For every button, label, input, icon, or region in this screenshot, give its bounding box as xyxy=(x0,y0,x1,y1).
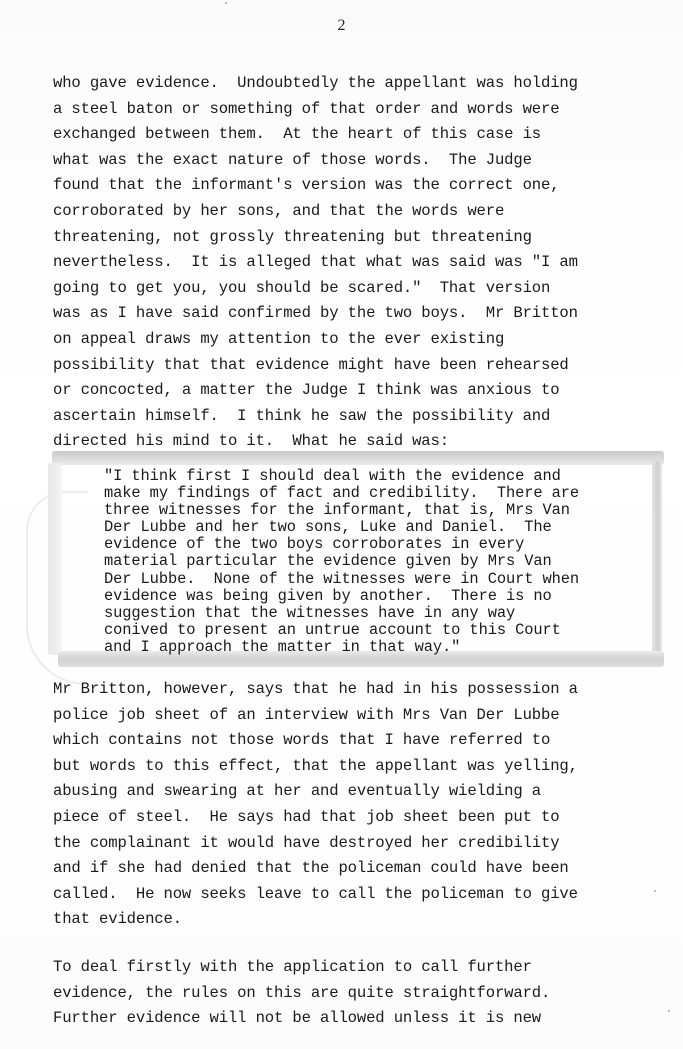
scan-speck xyxy=(668,1010,670,1012)
paragraph-3: To deal firstly with the application to … xyxy=(53,955,653,1032)
text-line: abusing and swearing at her and eventual… xyxy=(53,779,653,805)
quote-line: "I think first I should deal with the ev… xyxy=(104,468,644,485)
text-line: Further evidence will not be allowed unl… xyxy=(53,1006,653,1032)
block-quote: "I think first I should deal with the ev… xyxy=(104,468,644,656)
paragraph-1: who gave evidence. Undoubtedly the appel… xyxy=(53,71,653,455)
text-line: possibility that that evidence might hav… xyxy=(53,353,653,379)
text-line: called. He now seeks leave to call the p… xyxy=(53,882,653,908)
text-line: was as I have said confirmed by the two … xyxy=(53,301,653,327)
text-line: evidence, the rules on this are quite st… xyxy=(53,981,653,1007)
text-line: going to get you, you should be scared."… xyxy=(53,276,653,302)
text-line: but words to this effect, that the appel… xyxy=(53,754,653,780)
text-line: who gave evidence. Undoubtedly the appel… xyxy=(53,71,653,97)
text-line: Mr Britton, however, says that he had in… xyxy=(53,677,653,703)
text-line: a steel baton or something of that order… xyxy=(53,97,653,123)
quote-line: evidence of the two boys corroborates in… xyxy=(104,536,644,553)
text-line: piece of steel. He says had that job she… xyxy=(53,805,653,831)
text-line: which contains not those words that I ha… xyxy=(53,728,653,754)
quote-line: evidence was being given by another. The… xyxy=(104,588,644,605)
text-line: To deal firstly with the application to … xyxy=(53,955,653,981)
text-line: the complainant it would have destroyed … xyxy=(53,831,653,857)
text-line: or concocted, a matter the Judge I think… xyxy=(53,378,653,404)
tape-strip-right xyxy=(652,461,662,659)
text-line: on appeal draws my attention to the ever… xyxy=(53,327,653,353)
text-line: police job sheet of an interview with Mr… xyxy=(53,703,653,729)
text-line: what was the exact nature of those words… xyxy=(53,148,653,174)
text-line: nevertheless. It is alleged that what wa… xyxy=(53,250,653,276)
quote-line: Der Lubbe and her two sons, Luke and Dan… xyxy=(104,519,644,536)
paragraph-2: Mr Britton, however, says that he had in… xyxy=(53,677,653,933)
quote-line: three witnesses for the informant, that … xyxy=(104,502,644,519)
text-line: corroborated by her sons, and that the w… xyxy=(53,199,653,225)
quote-line: Der Lubbe. None of the witnesses were in… xyxy=(104,571,644,588)
tape-strip-top xyxy=(52,451,664,465)
page-number: 2 xyxy=(0,17,683,35)
text-line: exchanged between them. At the heart of … xyxy=(53,122,653,148)
text-line: and if she had denied that the policeman… xyxy=(53,856,653,882)
quote-line: conived to present an untrue account to … xyxy=(104,622,644,639)
document-page: 2 who gave evidence. Undoubtedly the app… xyxy=(0,0,683,1049)
text-line: that evidence. xyxy=(53,907,653,933)
text-line: ascertain himself. I think he saw the po… xyxy=(53,404,653,430)
quote-line: make my findings of fact and credibility… xyxy=(104,485,644,502)
text-line: found that the informant's version was t… xyxy=(53,173,653,199)
tape-strip-left xyxy=(48,463,62,655)
text-line: threatening, not grossly threatening but… xyxy=(53,225,653,251)
quote-line: material particular the evidence given b… xyxy=(104,553,644,570)
scan-speck xyxy=(654,890,656,892)
scan-speck xyxy=(225,2,227,4)
quote-line: suggestion that the witnesses have in an… xyxy=(104,605,644,622)
quote-line: and I approach the matter in that way." xyxy=(104,639,644,656)
